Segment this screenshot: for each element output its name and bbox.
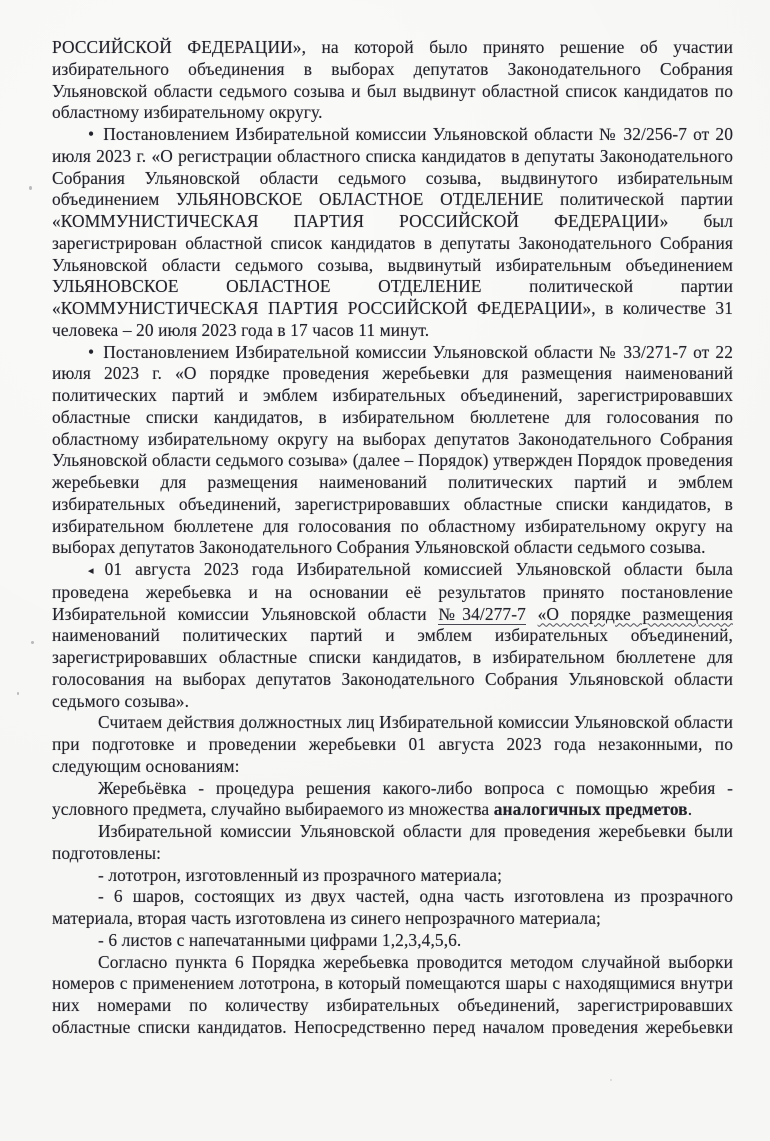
text-run bbox=[526, 604, 538, 624]
scanned-document-page: РОССИЙСКОЙ ФЕДЕРАЦИИ», на которой было п… bbox=[0, 0, 770, 1141]
text-run: аналогичных предметов bbox=[494, 799, 688, 819]
paragraph: Избирательной комиссии Ульяновской облас… bbox=[52, 821, 733, 865]
paragraph: Согласно пункта 6 Порядка жеребьевка про… bbox=[52, 952, 733, 1039]
paragraph: •Постановлением Избирательной комиссии У… bbox=[52, 342, 733, 560]
text-run: РОССИЙСКОЙ ФЕДЕРАЦИИ», на которой было п… bbox=[52, 37, 733, 122]
paragraph: - 6 шаров, состоящих из двух частей, одн… bbox=[52, 886, 733, 930]
bullet-icon: ◂ bbox=[88, 560, 94, 582]
text-run: наименований политических партий и эмбле… bbox=[52, 625, 733, 710]
text-run: - 6 шаров, состоящих из двух частей, одн… bbox=[52, 886, 733, 928]
text-run: . bbox=[688, 799, 692, 819]
pen-underline-mark: №34/277-7 bbox=[438, 604, 526, 626]
paragraph: •Постановлением Избирательной комиссии У… bbox=[52, 124, 733, 342]
text-run: - 6 листов с напечатанными цифрами 1,2,3… bbox=[98, 930, 461, 950]
scan-speckle bbox=[17, 692, 19, 695]
bullet-icon: • bbox=[88, 124, 94, 146]
text-run: Постановлением Избирательной комиссии Ул… bbox=[52, 124, 733, 340]
paragraph: РОССИЙСКОЙ ФЕДЕРАЦИИ», на которой было п… bbox=[52, 37, 733, 124]
text-run: Считаем действия должностных лиц Избират… bbox=[52, 712, 733, 776]
paragraph: Считаем действия должностных лиц Избират… bbox=[52, 712, 733, 777]
paragraph: - 6 листов с напечатанными цифрами 1,2,3… bbox=[52, 930, 733, 952]
scan-speckle bbox=[29, 186, 32, 190]
paragraph: Жеребьёвка - процедура решения какого-ли… bbox=[52, 778, 733, 822]
pen-underline-mark: «О порядке размещения bbox=[538, 604, 733, 624]
paragraph: - лототрон, изготовленный из прозрачного… bbox=[52, 865, 733, 887]
text-run: Постановлением Избирательной комиссии Ул… bbox=[52, 342, 733, 558]
text-run: Согласно пункта 6 Порядка жеребьевка про… bbox=[52, 952, 733, 1037]
text-run: Избирательной комиссии Ульяновской облас… bbox=[52, 821, 733, 863]
scan-speckle bbox=[31, 641, 34, 644]
bullet-icon: • bbox=[88, 342, 94, 364]
text-run: - лототрон, изготовленный из прозрачного… bbox=[98, 865, 502, 885]
scan-speckle bbox=[610, 1079, 612, 1081]
paragraph: ◂01 августа 2023 года Избирательной коми… bbox=[52, 559, 733, 712]
document-body: РОССИЙСКОЙ ФЕДЕРАЦИИ», на которой было п… bbox=[52, 37, 733, 1039]
